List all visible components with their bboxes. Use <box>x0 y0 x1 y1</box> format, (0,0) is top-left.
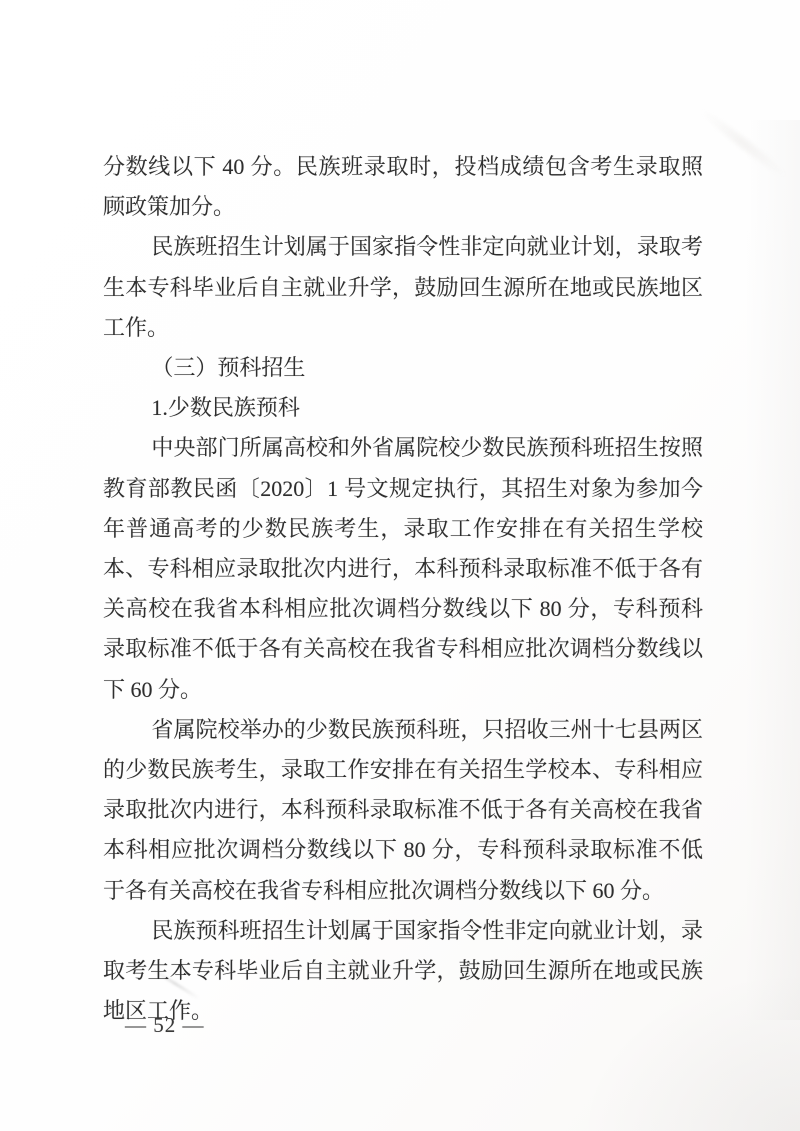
paragraph-central-universities-preparatory: 中央部门所属高校和外省属院校少数民族预科班招生按照教育部教民函〔2020〕1 号… <box>103 428 703 709</box>
paragraph-provincial-universities-preparatory: 省属院校举办的少数民族预科班，只招收三州十七县两区的少数民族考生，录取工作安排在… <box>103 710 703 911</box>
page-number: — 52 — <box>125 1012 205 1038</box>
scan-artifact-right-shade <box>745 120 800 1020</box>
paragraph-continuation: 分数线以下 40 分。民族班录取时，投档成绩包含考生录取照顾政策加分。 <box>103 147 703 227</box>
section-heading-preparatory-enrollment: （三）预科招生 <box>103 348 703 388</box>
sub-heading-minority-preparatory: 1.少数民族预科 <box>103 388 703 428</box>
document-body: 分数线以下 40 分。民族班录取时，投档成绩包含考生录取照顾政策加分。 民族班招… <box>103 147 703 1031</box>
document-page: 分数线以下 40 分。民族班录取时，投档成绩包含考生录取照顾政策加分。 民族班招… <box>0 0 800 1131</box>
paragraph-minority-class-plan: 民族班招生计划属于国家指令性非定向就业计划，录取考生本专科毕业后自主就业升学，鼓… <box>103 227 703 348</box>
